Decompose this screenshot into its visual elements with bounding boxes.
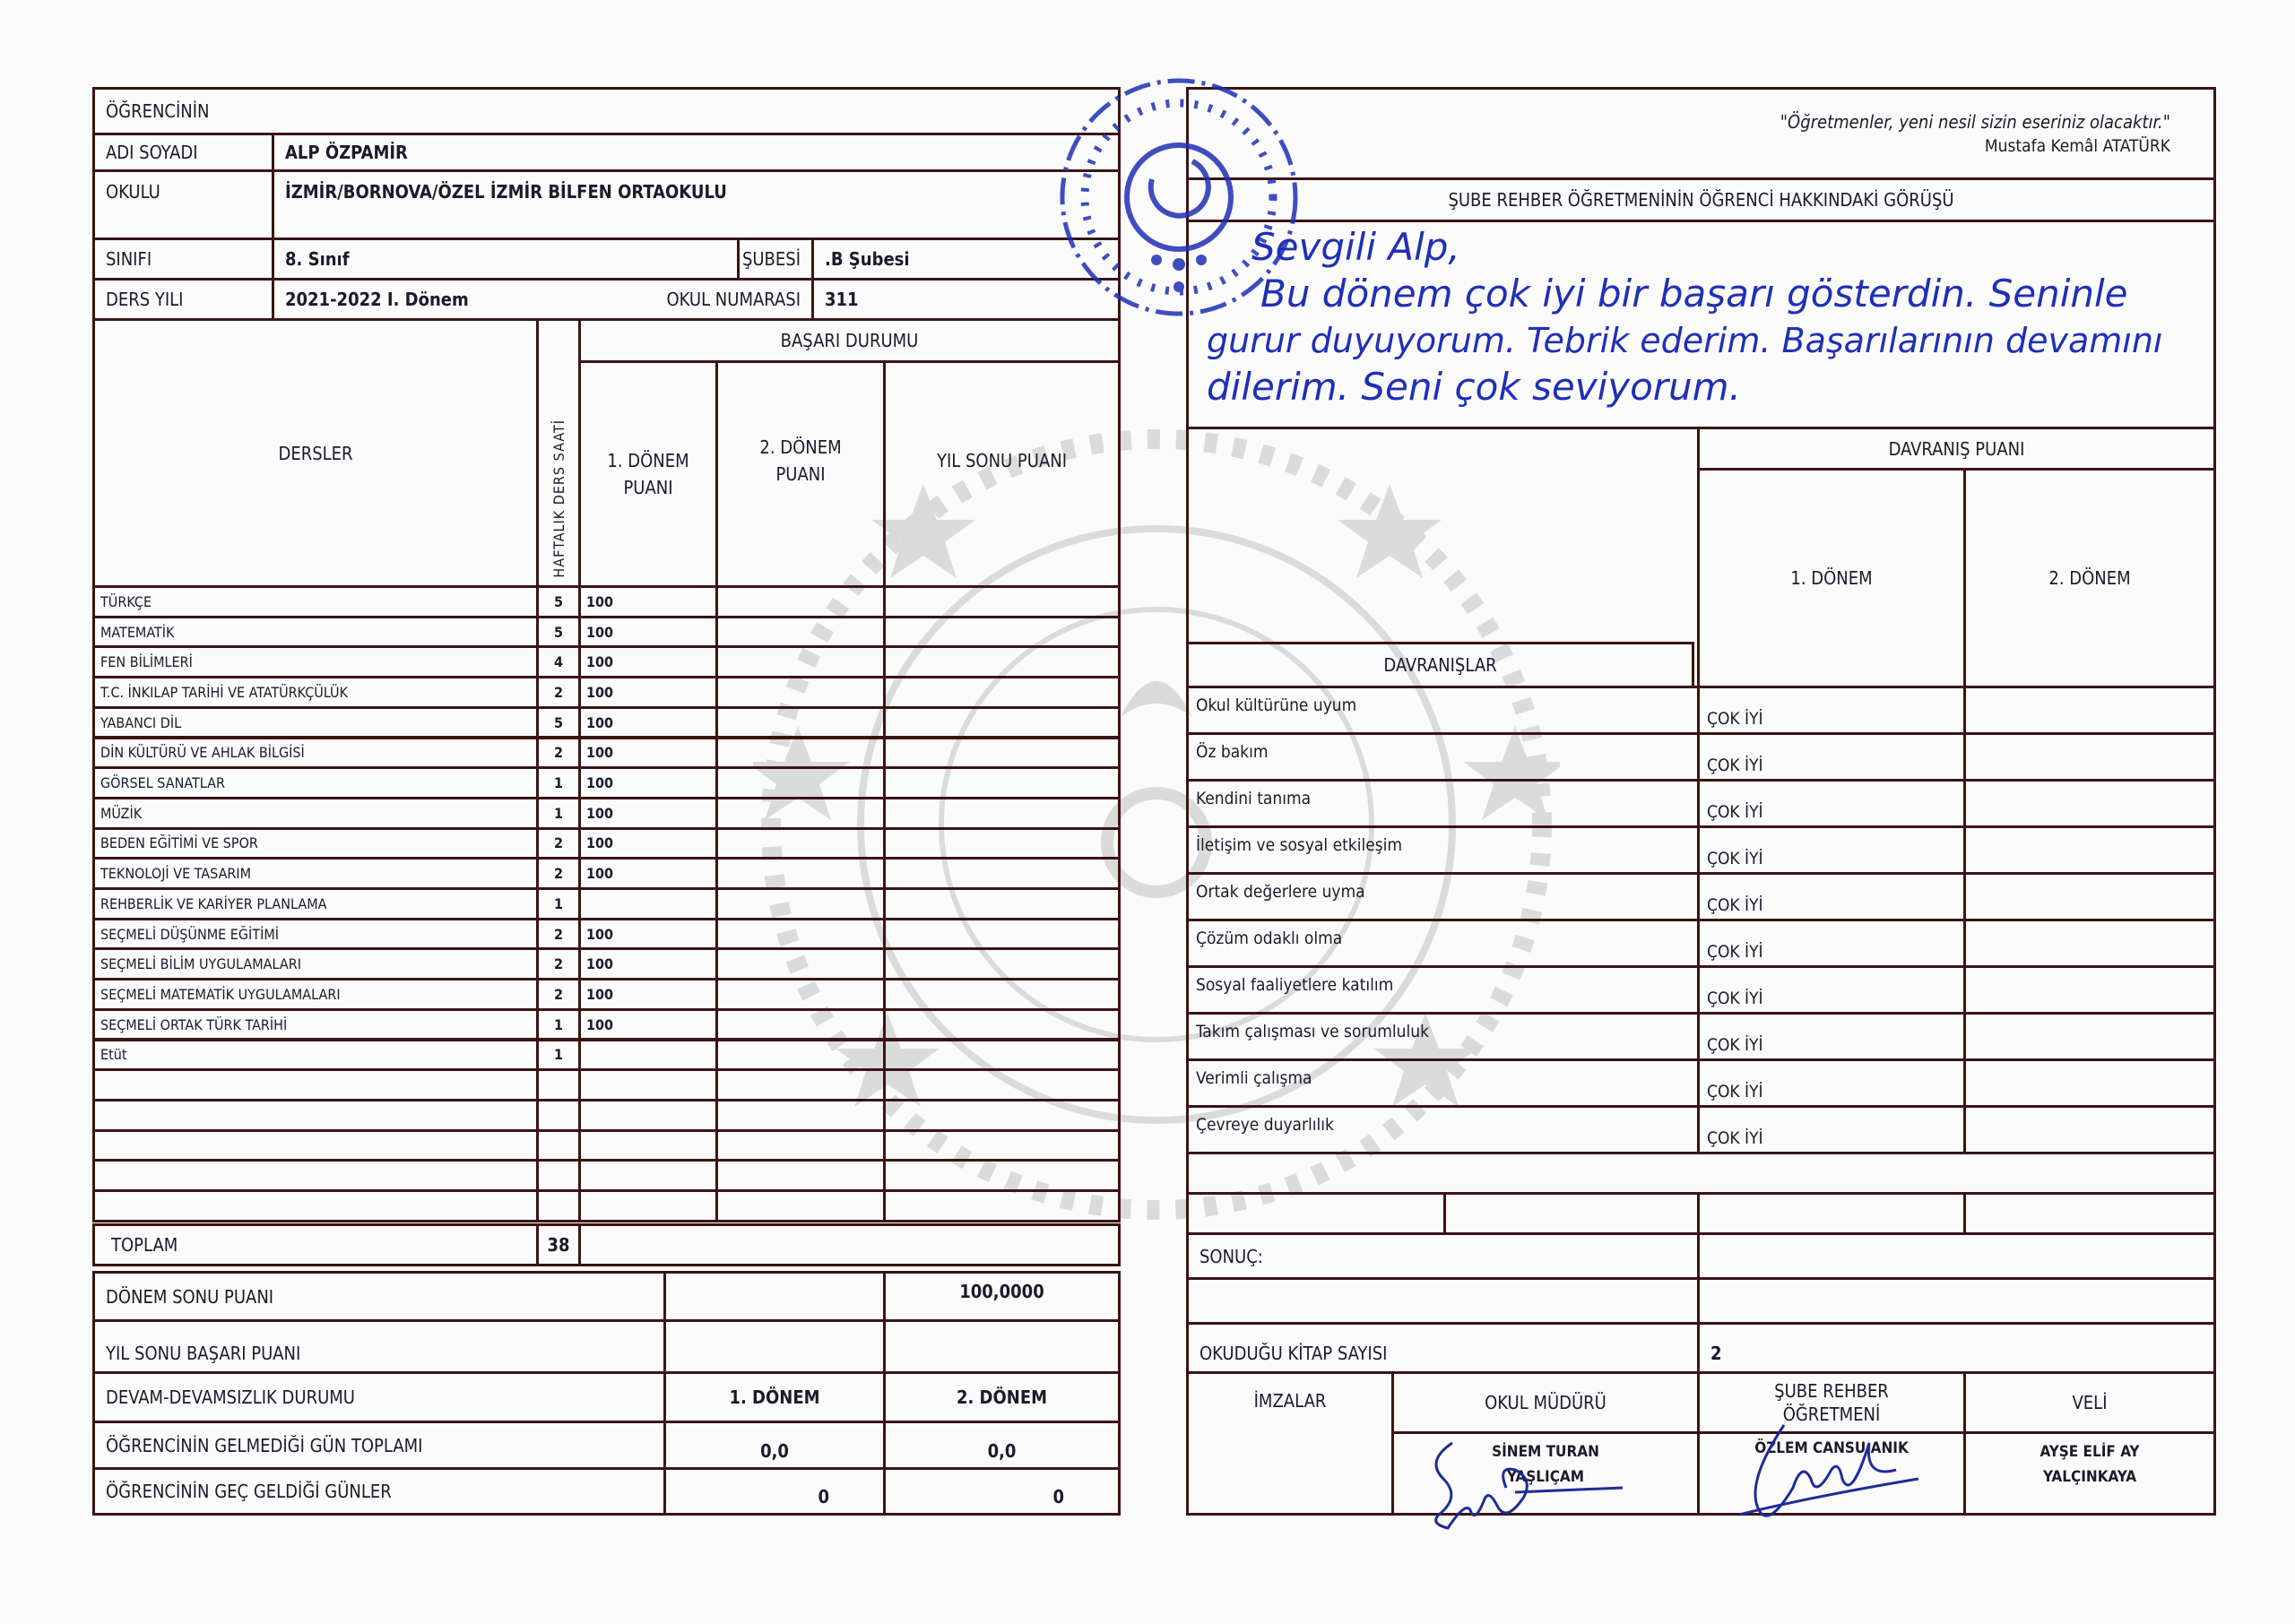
year-end-score — [883, 1008, 1121, 1041]
term1-score — [578, 1129, 718, 1162]
year-end-score — [883, 737, 1121, 770]
course-hours-text: 2 — [554, 744, 563, 761]
school-number-value-text: 311 — [825, 289, 859, 310]
course-hours: 2 — [536, 947, 581, 980]
absent-days-label-text: ÖĞRENCİNİN GELMEDİĞİ GÜN TOPLAMI — [106, 1435, 422, 1456]
course-name-text: TÜRKÇE — [100, 593, 152, 610]
course-name — [92, 1068, 539, 1101]
year-end-score — [883, 585, 1121, 618]
course-hours-text: 2 — [554, 865, 563, 882]
behavior-term1-text: ÇOK İYİ — [1707, 709, 1763, 729]
year-end-score — [883, 645, 1121, 678]
term1-score: 100 — [578, 766, 718, 799]
branch-value-text: .B Şubesi — [825, 248, 910, 270]
term2-score-header-text: 2. DÖNEM PUANI — [751, 434, 850, 488]
course-name: SEÇMELİ MATEMATİK UYGULAMALARI — [92, 978, 539, 1011]
term1-score: 100 — [578, 978, 718, 1011]
behavior-term1: ÇOK İYİ — [1697, 1105, 1966, 1154]
total-hours: 38 — [536, 1223, 581, 1266]
total-scores — [578, 1223, 1121, 1266]
course-hours: 5 — [536, 616, 581, 649]
term1-score-text: 100 — [586, 955, 613, 972]
absent-days-term2-text: 0,0 — [988, 1440, 1017, 1462]
course-hours-text: 2 — [554, 955, 563, 972]
guidance-teacher-name-text: ÖZLEM CANSU ANIK — [1754, 1439, 1909, 1457]
behavior-name: İletişim ve sosyal etkileşim — [1186, 825, 1700, 875]
course-hours-text: 2 — [554, 926, 563, 943]
course-hours: 5 — [536, 585, 581, 618]
course-hours — [536, 1159, 581, 1192]
term1-score — [578, 1068, 718, 1101]
blank-cell — [1963, 1192, 2216, 1235]
behavior-name-text: Çevreye duyarlılık — [1196, 1115, 1334, 1135]
term2-score-header: 2. DÖNEM PUANI — [715, 360, 886, 588]
ataturk-quote-box: "Öğretmenler, yeni nesil sizin eseriniz … — [1186, 87, 2216, 180]
ataturk-quote-author: Mustafa Kemâl ATATÜRK — [1985, 136, 2170, 156]
course-name-text: DİN KÜLTÜRÜ VE AHLAK BİLGİSİ — [100, 744, 305, 761]
class-label-text: SINIFI — [106, 248, 152, 270]
signatures-label-text: İMZALAR — [1254, 1390, 1327, 1412]
term2-score — [715, 827, 886, 860]
term1-score-text: 100 — [586, 653, 613, 670]
term1-score: 100 — [578, 918, 718, 951]
term1-score-text: 100 — [586, 744, 613, 761]
behavior-name: Çevreye duyarlılık — [1186, 1105, 1700, 1154]
behavior-term1-text: ÇOK İYİ — [1707, 756, 1763, 775]
year-end-score — [883, 1159, 1121, 1192]
behavior-score-header-text: DAVRANIŞ PUANI — [1889, 438, 2025, 460]
late-days-term2-text: 0 — [1052, 1486, 1064, 1507]
behavior-term2 — [1963, 779, 2216, 828]
course-name — [92, 1099, 539, 1132]
behavior-name-text: Takım çalışması ve sorumluluk — [1196, 1022, 1429, 1041]
late-days-label-text: ÖĞRENCİNİN GEÇ GELDİĞİ GÜNLER — [106, 1481, 392, 1502]
weekly-hours-header: HAFTALIK DERS SAATİ — [536, 318, 581, 588]
term-end-score-term1 — [663, 1271, 886, 1322]
course-hours-text: 5 — [554, 714, 563, 731]
total-hours-text: 38 — [547, 1234, 569, 1256]
weekly-hours-header-text: HAFTALIK DERS SAATİ — [550, 419, 567, 578]
course-hours: 2 — [536, 918, 581, 951]
behavior-term2 — [1963, 1012, 2216, 1061]
behavior-term2 — [1963, 872, 2216, 921]
course-hours-text: 5 — [554, 593, 563, 610]
school-number-label: OKUL NUMARASI — [574, 278, 814, 321]
behavior-term1: ÇOK İYİ — [1697, 872, 1966, 921]
term2-score — [715, 1008, 886, 1041]
term2-score — [715, 1129, 886, 1162]
course-name-text: BEDEN EĞİTİMİ VE SPOR — [100, 834, 258, 851]
course-name: FEN BİLİMLERİ — [92, 645, 539, 678]
behavior-name: Çözüm odaklı olma — [1186, 919, 1700, 968]
course-name — [92, 1129, 539, 1162]
term2-score — [715, 1039, 886, 1072]
behavior-term2-header: 2. DÖNEM — [1963, 468, 2216, 688]
course-name: TEKNOLOJİ VE TASARIM — [92, 857, 539, 890]
course-hours — [536, 1068, 581, 1101]
opinion-line: gurur duyuyorum. Tebrik ederim. Başarıla… — [1207, 317, 2162, 364]
course-name — [92, 1159, 539, 1192]
term1-score-text: 100 — [586, 986, 613, 1003]
behavior-name-text: Verimli çalışma — [1196, 1068, 1312, 1088]
term1-score — [578, 1099, 718, 1132]
result-label: SONUÇ: — [1186, 1232, 1700, 1280]
term1-score — [578, 887, 718, 920]
term-end-score-value-text: 100,0000 — [959, 1281, 1044, 1302]
school-number-label-text: OKUL NUMARASI — [666, 289, 801, 310]
course-hours-text: 1 — [554, 1046, 563, 1063]
ataturk-quote: "Öğretmenler, yeni nesil sizin eseriniz … — [1780, 111, 2170, 133]
term1-score-text: 100 — [586, 684, 613, 701]
behavior-blank-row — [1186, 1152, 2216, 1195]
term1-score: 100 — [578, 857, 718, 890]
year-end-score — [883, 797, 1121, 830]
course-hours: 2 — [536, 857, 581, 890]
term1-score-text: 100 — [586, 1016, 613, 1033]
year-end-score — [883, 1099, 1121, 1132]
course-name: T.C. İNKILAP TARİHİ VE ATATÜRKÇÜLÜK — [92, 676, 539, 709]
principal-name-text: SİNEM TURAN YAŞLIÇAM — [1469, 1439, 1622, 1490]
course-hours: 1 — [536, 1008, 581, 1041]
term1-score: 100 — [578, 616, 718, 649]
term2-score — [715, 1068, 886, 1101]
behavior-score-header: DAVRANIŞ PUANI — [1697, 427, 2216, 471]
course-hours-text: 1 — [554, 895, 563, 912]
course-name: Etüt — [92, 1039, 539, 1072]
year-end-score — [883, 947, 1121, 980]
absent-days-term2: 0,0 — [883, 1421, 1121, 1470]
year-end-score-header: YIL SONU PUANI — [883, 360, 1121, 588]
course-name-text: GÖRSEL SANATLAR — [100, 774, 225, 791]
term1-score — [578, 1159, 718, 1192]
student-header-label: ÖĞRENCİNİN — [106, 100, 210, 122]
course-name: YABANCI DİL — [92, 706, 539, 739]
absent-days-term1: 0,0 — [663, 1421, 886, 1470]
term1-score-text: 100 — [586, 624, 613, 641]
behavior-name: Ortak değerlere uyma — [1186, 872, 1700, 921]
blank-cell — [1186, 1192, 1446, 1235]
name-label-text: ADI SOYADI — [106, 142, 198, 163]
course-hours: 2 — [536, 676, 581, 709]
behaviors-label: DAVRANIŞLAR — [1186, 642, 1694, 688]
course-name-text: Etüt — [100, 1046, 127, 1063]
term1-score — [578, 1039, 718, 1072]
term1-score-text: 100 — [586, 926, 613, 943]
behavior-term1-text: ÇOK İYİ — [1707, 1035, 1763, 1055]
course-name-text: SEÇMELİ ORTAK TÜRK TARİHİ — [100, 1016, 287, 1033]
behavior-name-text: Öz bakım — [1196, 742, 1268, 762]
year-end-score — [883, 1189, 1121, 1222]
course-hours: 2 — [536, 737, 581, 770]
course-name: SEÇMELİ ORTAK TÜRK TARİHİ — [92, 1008, 539, 1041]
year-value-text: 2021-2022 I. Dönem — [285, 289, 469, 310]
school-label: OKULU — [92, 169, 274, 240]
year-end-score — [883, 918, 1121, 951]
term2-score — [715, 978, 886, 1011]
course-hours: 2 — [536, 978, 581, 1011]
absent-days-term1-text: 0,0 — [760, 1440, 789, 1462]
year-label: DERS YILI — [92, 278, 274, 321]
behavior-name: Verimli çalışma — [1186, 1058, 1700, 1108]
term2-score — [715, 1099, 886, 1132]
principal-name: SİNEM TURAN YAŞLIÇAM — [1391, 1431, 1700, 1516]
teacher-opinion-title-text: ŞUBE REHBER ÖĞRETMENİNİN ÖĞRENCİ HAKKIND… — [1448, 189, 1953, 211]
year-end-score — [883, 857, 1121, 890]
year-end-score — [883, 1039, 1121, 1072]
behavior-name: Takım çalışması ve sorumluluk — [1186, 1012, 1700, 1061]
year-end-score-header-text: YIL SONU PUANI — [937, 450, 1067, 471]
opinion-line: Sevgili Alp, — [1251, 224, 1460, 271]
term2-score — [715, 737, 886, 770]
signatures-label: İMZALAR — [1186, 1371, 1394, 1516]
principal-title: OKUL MÜDÜRÜ — [1391, 1371, 1700, 1434]
behavior-term1: ÇOK İYİ — [1697, 732, 1966, 782]
behavior-term1-text: ÇOK İYİ — [1707, 1082, 1763, 1101]
term2-score — [715, 918, 886, 951]
behavior-term2 — [1963, 686, 2216, 735]
success-status-header: BAŞARI DURUMU — [578, 318, 1121, 363]
class-label: SINIFI — [92, 238, 274, 281]
student-header: ÖĞRENCİNİN — [92, 87, 1121, 135]
behavior-name-text: Okul kültürüne uyum — [1196, 695, 1356, 715]
late-days-term1-text: 0 — [818, 1486, 829, 1507]
behavior-term1: ÇOK İYİ — [1697, 1058, 1966, 1108]
behavior-term1: ÇOK İYİ — [1697, 1012, 1966, 1061]
course-name — [92, 1189, 539, 1222]
behavior-term1-text: ÇOK İYİ — [1707, 1128, 1763, 1148]
behaviors-label-text: DAVRANIŞLAR — [1383, 654, 1496, 676]
principal-title-text: OKUL MÜDÜRÜ — [1485, 1392, 1606, 1413]
behaviors-header-area: DAVRANIŞLAR — [1186, 427, 1700, 688]
course-hours — [536, 1129, 581, 1162]
course-hours-text: 1 — [554, 805, 563, 822]
term-end-score-label-text: DÖNEM SONU PUANI — [106, 1286, 273, 1308]
behavior-term1-text: ÇOK İYİ — [1707, 989, 1763, 1008]
attendance-term2-header-text: 2. DÖNEM — [957, 1386, 1047, 1408]
term1-score: 100 — [578, 1008, 718, 1041]
course-name: GÖRSEL SANATLAR — [92, 766, 539, 799]
behavior-term1-text: ÇOK İYİ — [1707, 802, 1763, 822]
books-read-label: OKUDUĞU KİTAP SAYISI — [1186, 1322, 1700, 1374]
term1-score: 100 — [578, 947, 718, 980]
course-name-text: TEKNOLOJİ VE TASARIM — [100, 865, 251, 882]
behavior-name: Okul kültürüne uyum — [1186, 686, 1700, 735]
term1-score-text: 100 — [586, 593, 613, 610]
term-end-score-label: DÖNEM SONU PUANI — [92, 1271, 666, 1322]
behavior-term1-header: 1. DÖNEM — [1697, 468, 1966, 688]
name-value-text: ALP ÖZPAMİR — [285, 142, 408, 163]
course-name: MATEMATİK — [92, 616, 539, 649]
course-name-text: SEÇMELİ DÜŞÜNME EĞİTİMİ — [100, 926, 279, 943]
course-hours-text: 1 — [554, 1016, 563, 1033]
course-name-text: MATEMATİK — [100, 624, 174, 641]
behavior-term1-text: ÇOK İYİ — [1707, 849, 1763, 868]
behavior-term1: ÇOK İYİ — [1697, 965, 1966, 1015]
course-name-text: SEÇMELİ BİLİM UYGULAMALARI — [100, 955, 301, 972]
attendance-term1-header: 1. DÖNEM — [663, 1371, 886, 1423]
course-name-text: MÜZİK — [100, 805, 142, 822]
parent-title-text: VELİ — [2073, 1392, 2108, 1413]
course-name: DİN KÜLTÜRÜ VE AHLAK BİLGİSİ — [92, 737, 539, 770]
year-end-score — [883, 978, 1121, 1011]
school-value-text: İZMİR/BORNOVA/ÖZEL İZMİR BİLFEN ORTAOKUL… — [285, 181, 727, 203]
behavior-term1: ÇOK İYİ — [1697, 825, 1966, 875]
course-hours: 1 — [536, 887, 581, 920]
year-end-score — [883, 616, 1121, 649]
term1-score-header: 1. DÖNEM PUANI — [578, 360, 718, 588]
branch-value: .B Şubesi — [811, 238, 1121, 281]
course-hours: 4 — [536, 645, 581, 678]
result-label-text: SONUÇ: — [1199, 1246, 1263, 1267]
behavior-term2 — [1963, 1105, 2216, 1154]
courses-header: DERSLER — [92, 318, 539, 588]
late-days-term2: 0 — [883, 1467, 1121, 1516]
absent-days-label: ÖĞRENCİNİN GELMEDİĞİ GÜN TOPLAMI — [92, 1421, 666, 1470]
branch-label: ŞUBESİ — [628, 238, 814, 281]
year-end-success-label-text: YIL SONU BAŞARI PUANI — [106, 1343, 300, 1364]
term1-score: 100 — [578, 585, 718, 618]
course-name: SEÇMELİ BİLİM UYGULAMALARI — [92, 947, 539, 980]
name-label: ADI SOYADI — [92, 133, 274, 172]
term1-score-header-text: 1. DÖNEM PUANI — [599, 447, 697, 501]
term2-score — [715, 1189, 886, 1222]
late-days-term1: 0 — [663, 1467, 886, 1516]
attendance-label: DEVAM-DEVAMSIZLIK DURUMU — [92, 1371, 666, 1423]
course-name: REHBERLİK VE KARİYER PLANLAMA — [92, 887, 539, 920]
behavior-term2 — [1963, 919, 2216, 968]
books-read-label-text: OKUDUĞU KİTAP SAYISI — [1199, 1343, 1387, 1364]
behavior-term1-header-text: 1. DÖNEM — [1790, 567, 1872, 589]
year-end-success-label: YIL SONU BAŞARI PUANI — [92, 1319, 666, 1374]
year-end-score — [883, 1068, 1121, 1101]
course-name: SEÇMELİ DÜŞÜNME EĞİTİMİ — [92, 918, 539, 951]
course-name: MÜZİK — [92, 797, 539, 830]
course-name-text: SEÇMELİ MATEMATİK UYGULAMALARI — [100, 986, 341, 1003]
term2-score — [715, 1159, 886, 1192]
year-end-score — [883, 827, 1121, 860]
courses-header-text: DERSLER — [278, 443, 352, 464]
year-end-score — [883, 676, 1121, 709]
term2-score — [715, 585, 886, 618]
term2-score — [715, 706, 886, 739]
guidance-teacher-title-text: ŞUBE REHBER ÖĞRETMENİ — [1751, 1379, 1912, 1426]
behavior-name: Öz bakım — [1186, 732, 1700, 782]
course-hours-text: 2 — [554, 684, 563, 701]
attendance-term1-header-text: 1. DÖNEM — [729, 1386, 819, 1408]
course-hours: 2 — [536, 827, 581, 860]
term1-score-text: 100 — [586, 774, 613, 791]
term1-score-text: 100 — [586, 714, 613, 731]
behavior-term2 — [1963, 825, 2216, 875]
behavior-term2 — [1963, 965, 2216, 1015]
course-hours: 1 — [536, 797, 581, 830]
course-name-text: FEN BİLİMLERİ — [100, 653, 193, 670]
behavior-term1: ÇOK İYİ — [1697, 919, 1966, 968]
attendance-term2-header: 2. DÖNEM — [883, 1371, 1121, 1423]
year-end-success-value — [883, 1319, 1121, 1374]
year-end-score — [883, 1129, 1121, 1162]
year-end-success-term1 — [663, 1319, 886, 1374]
term2-score — [715, 947, 886, 980]
term1-score-text: 100 — [586, 865, 613, 882]
term1-score: 100 — [578, 797, 718, 830]
term-end-score-value: 100,0000 — [883, 1271, 1121, 1322]
parent-name: AYŞE ELİF AY YALÇINKAYA — [1963, 1431, 2216, 1516]
behavior-term1: ÇOK İYİ — [1697, 779, 1966, 828]
course-hours — [536, 1189, 581, 1222]
course-name-text: T.C. İNKILAP TARİHİ VE ATATÜRKÇÜLÜK — [100, 684, 348, 701]
late-days-label: ÖĞRENCİNİN GEÇ GELDİĞİ GÜNLER — [92, 1467, 666, 1516]
blank-cell — [1697, 1192, 1966, 1235]
term1-score: 100 — [578, 706, 718, 739]
course-name: BEDEN EĞİTİMİ VE SPOR — [92, 827, 539, 860]
result-value — [1697, 1232, 2216, 1280]
class-value-text: 8. Sınıf — [285, 248, 350, 270]
term1-score — [578, 1189, 718, 1222]
term1-score: 100 — [578, 827, 718, 860]
term2-score — [715, 797, 886, 830]
blank-cell — [1697, 1277, 2216, 1325]
year-end-score — [883, 887, 1121, 920]
school-label-text: OKULU — [106, 181, 160, 203]
total-label: TOPLAM — [92, 1223, 539, 1266]
term1-score-text: 100 — [586, 805, 613, 822]
opinion-line: dilerim. Seni çok seviyorum. — [1207, 364, 1741, 410]
term1-score: 100 — [578, 676, 718, 709]
behavior-name-text: Kendini tanıma — [1196, 789, 1311, 808]
term2-score — [715, 857, 886, 890]
behavior-name-text: Sosyal faaliyetlere katılım — [1196, 975, 1393, 995]
teacher-opinion-title: ŞUBE REHBER ÖĞRETMENİNİN ÖĞRENCİ HAKKIND… — [1186, 177, 2216, 222]
course-hours-text: 5 — [554, 624, 563, 641]
name-value: ALP ÖZPAMİR — [272, 133, 1121, 172]
behavior-term1-text: ÇOK İYİ — [1707, 895, 1763, 915]
attendance-label-text: DEVAM-DEVAMSIZLIK DURUMU — [106, 1386, 355, 1408]
term2-score — [715, 766, 886, 799]
books-read-value: 2 — [1697, 1322, 2216, 1374]
term1-score-text: 100 — [586, 834, 613, 851]
blank-cell — [1186, 1277, 1700, 1325]
term2-score — [715, 887, 886, 920]
course-hours-text: 2 — [554, 834, 563, 851]
behavior-term1-text: ÇOK İYİ — [1707, 942, 1763, 962]
parent-name-text: AYŞE ELİF AY YALÇINKAYA — [2018, 1439, 2161, 1490]
behavior-term2 — [1963, 732, 2216, 782]
books-read-value-text: 2 — [1710, 1343, 1722, 1364]
year-end-score — [883, 706, 1121, 739]
behavior-name: Kendini tanıma — [1186, 779, 1700, 828]
behavior-term1: ÇOK İYİ — [1697, 686, 1966, 735]
year-label-text: DERS YILI — [106, 289, 183, 310]
term2-score — [715, 616, 886, 649]
course-hours-text: 2 — [554, 986, 563, 1003]
school-number-value: 311 — [811, 278, 1121, 321]
year-end-score — [883, 766, 1121, 799]
behavior-name: Sosyal faaliyetlere katılım — [1186, 965, 1700, 1015]
course-hours — [536, 1099, 581, 1132]
course-hours: 1 — [536, 766, 581, 799]
course-name: TÜRKÇE — [92, 585, 539, 618]
behavior-term2-header-text: 2. DÖNEM — [2048, 567, 2130, 589]
term2-score — [715, 645, 886, 678]
success-status-header-text: BAŞARI DURUMU — [781, 330, 919, 351]
behavior-name-text: Ortak değerlere uyma — [1196, 882, 1365, 902]
behavior-name-text: Çözüm odaklı olma — [1196, 929, 1342, 948]
guidance-teacher-name: ÖZLEM CANSU ANIK — [1697, 1431, 1966, 1516]
behavior-term2 — [1963, 1058, 2216, 1108]
total-label-text: TOPLAM — [106, 1234, 178, 1256]
opinion-line: Bu dönem çok iyi bir başarı gösterdin. S… — [1260, 271, 2128, 317]
